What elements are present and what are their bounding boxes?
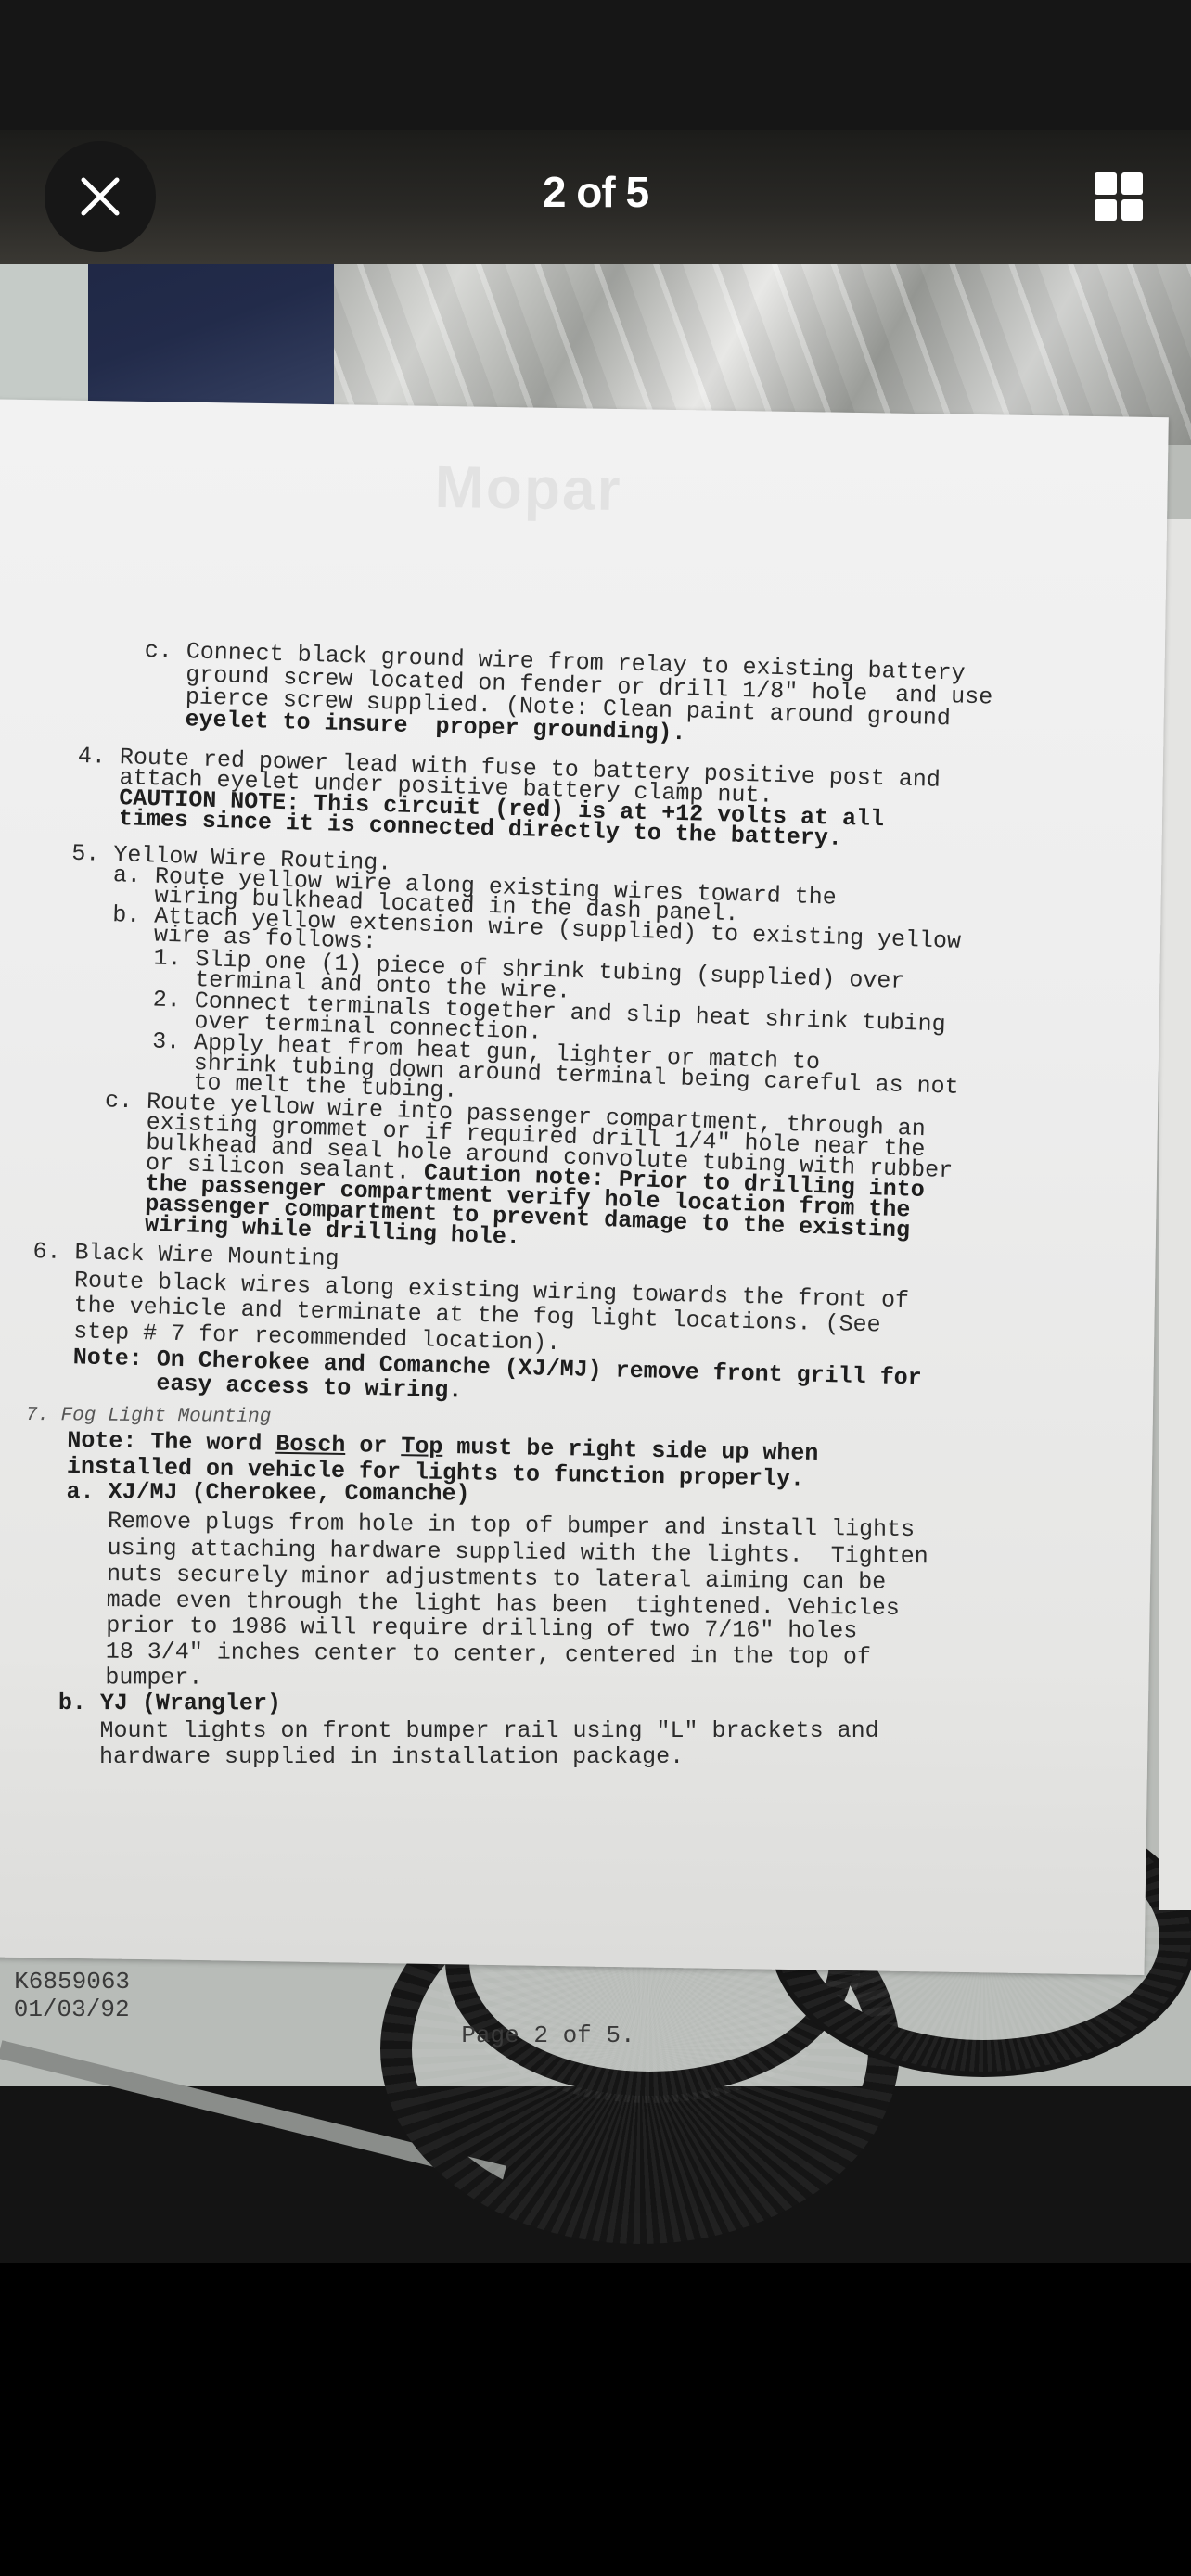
page-counter-title: 2 of 5: [0, 167, 1191, 217]
grid-view-icon: [1121, 199, 1144, 222]
document-line: a. XJ/MJ (Cherokee, Comanche): [24, 1479, 469, 1508]
status-bar-area: [0, 0, 1191, 130]
grid-view-icon: [1121, 172, 1144, 195]
part-number: K6859063: [14, 1968, 130, 1996]
document-date: 01/03/92: [14, 1996, 130, 2023]
grid-view-icon: [1095, 172, 1117, 195]
instruction-page: Mopar c. Connect black ground wire from …: [0, 399, 1169, 1975]
document-line: hardware supplied in installation packag…: [16, 1744, 684, 1770]
watermark-logo: Mopar: [434, 453, 622, 524]
document-line: bumper.: [21, 1664, 202, 1691]
paper-edge: [1159, 519, 1191, 1910]
bottom-area: [0, 2263, 1191, 2576]
photo-image: Mopar c. Connect black ground wire from …: [0, 130, 1191, 2263]
grid-view-icon: [1095, 199, 1117, 222]
grid-view-button[interactable]: [1095, 172, 1143, 221]
document-line: b. YJ (Wrangler): [17, 1690, 281, 1716]
page-number: Page 2 of 5.: [461, 2021, 634, 2049]
document-line: Mount lights on front bumper rail using …: [16, 1718, 878, 1744]
